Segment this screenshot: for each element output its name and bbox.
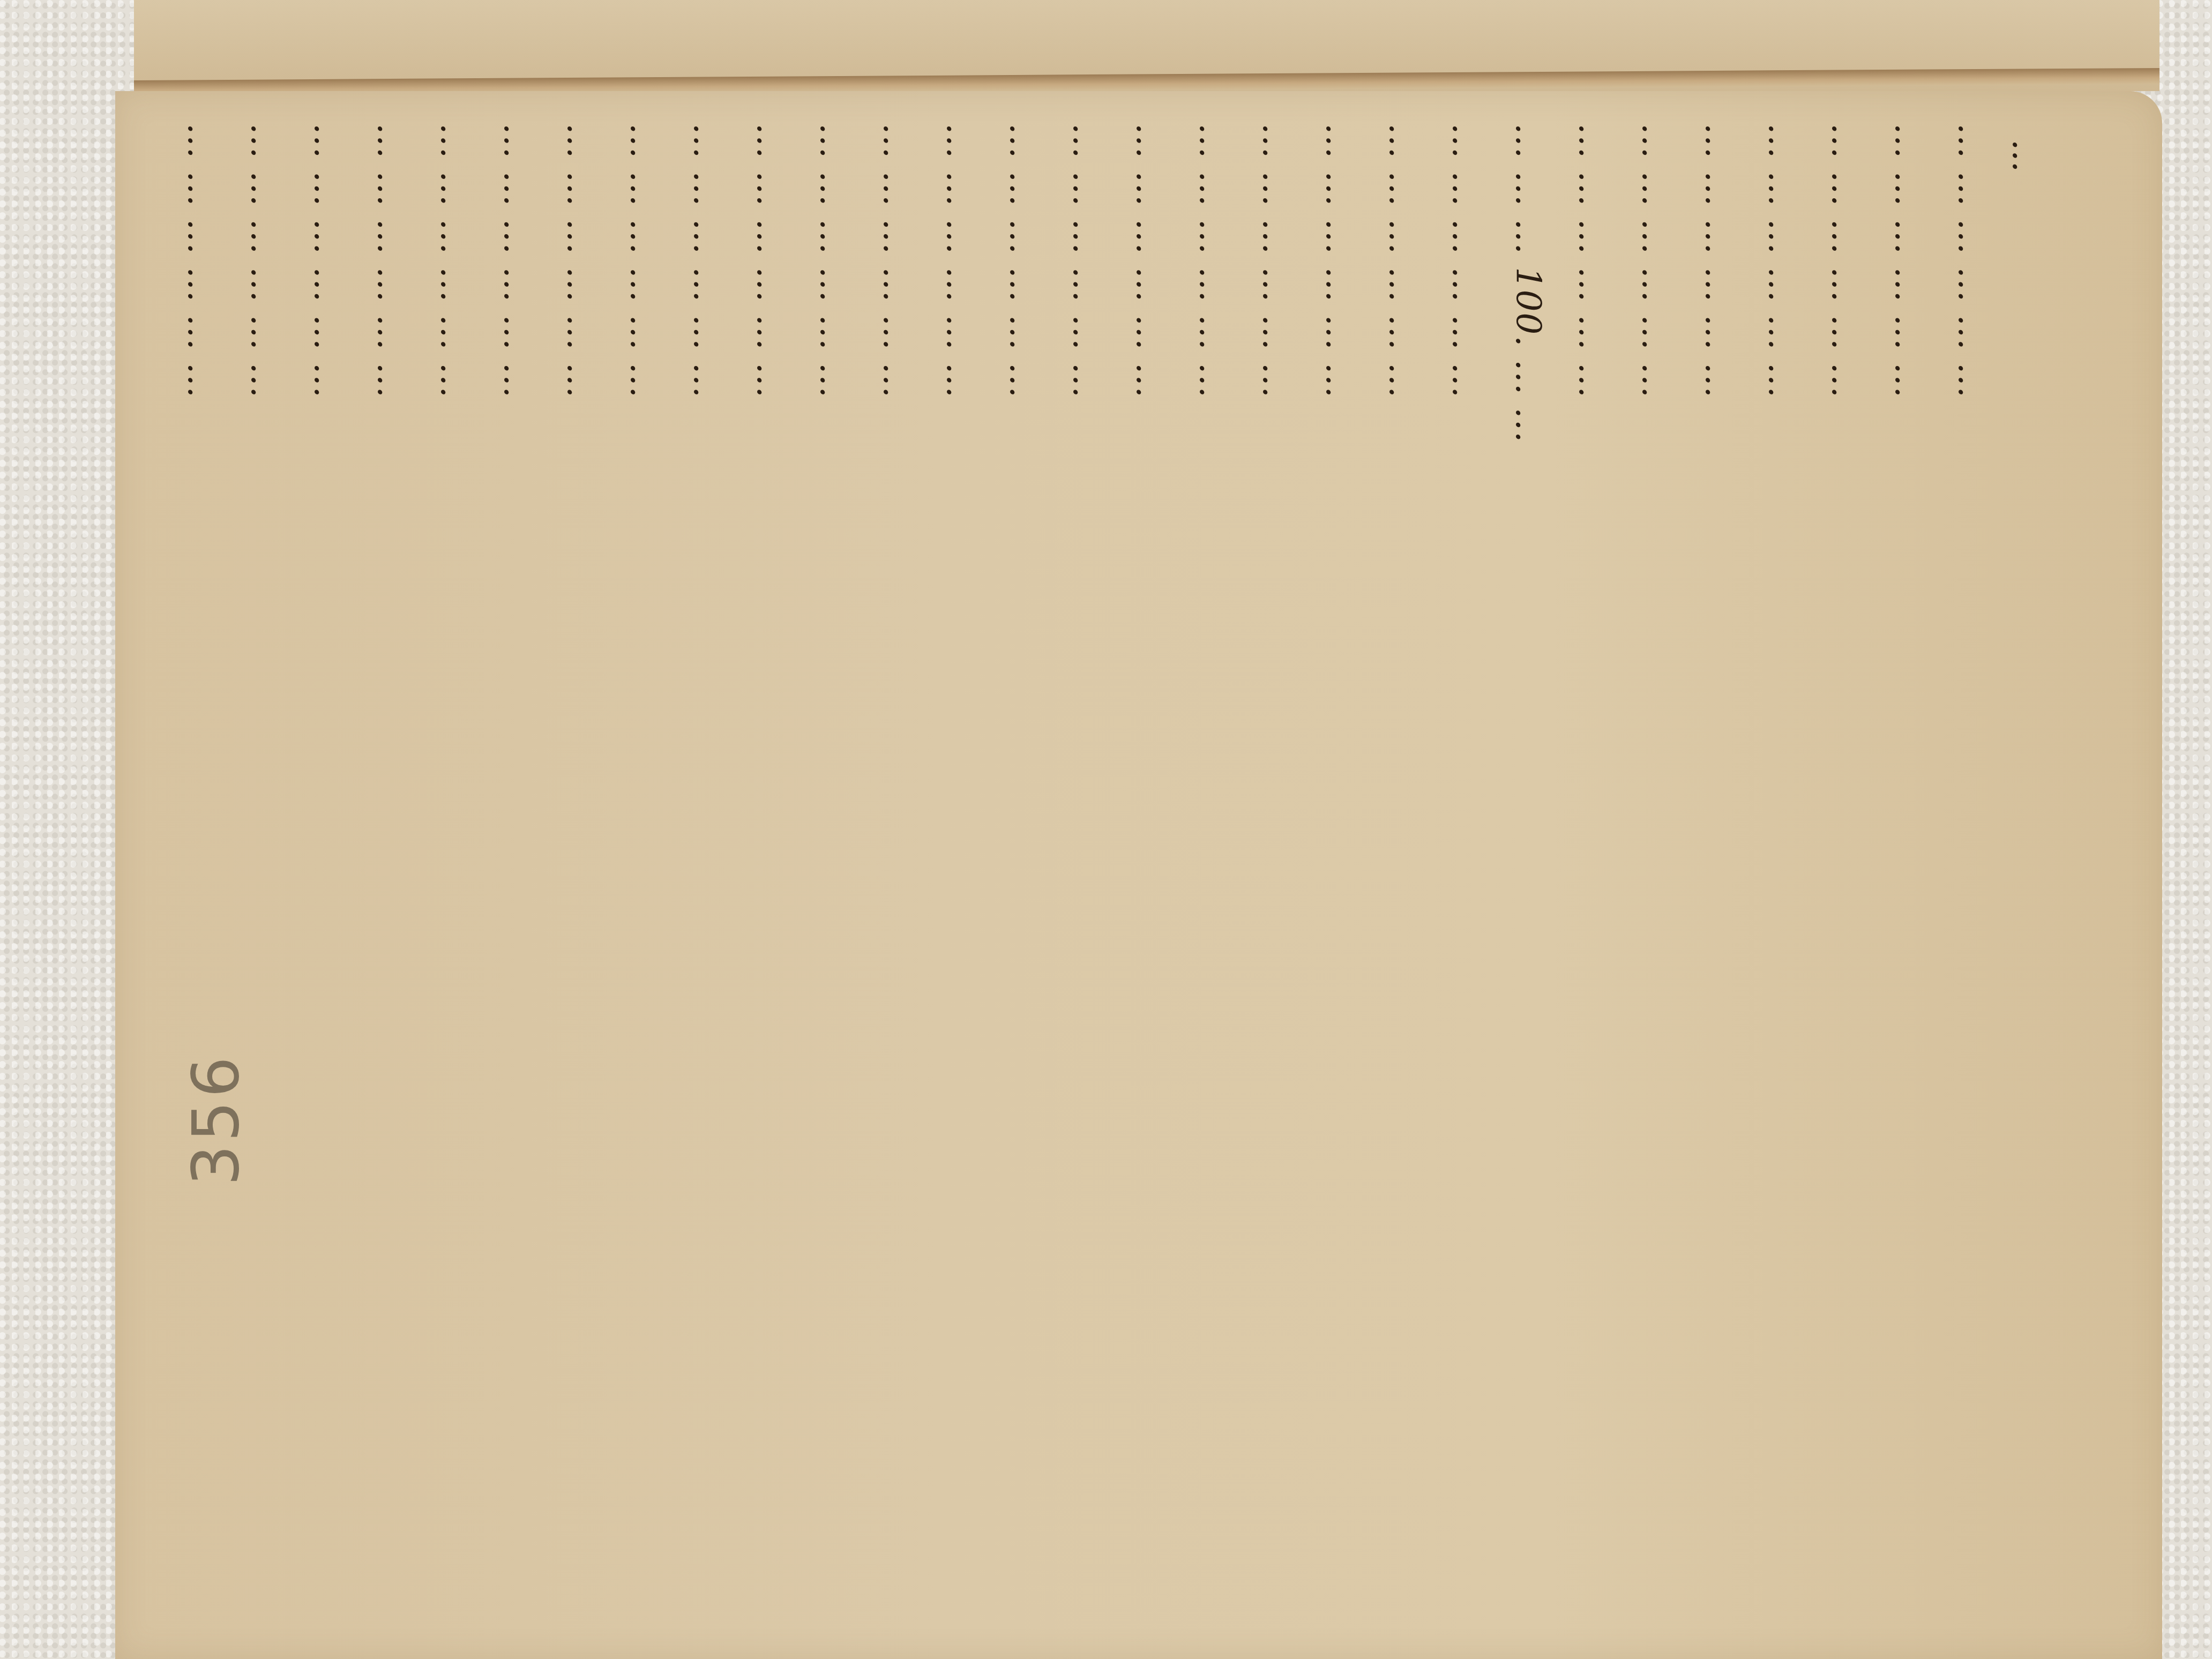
page-number: 356 [179, 1053, 253, 1186]
handwritten-line: ... ... ... ... ... ... [809, 123, 852, 927]
handwritten-line: ... ... ... ... ... ... [683, 123, 726, 927]
handwritten-line: ... ... ... ... ... ... [493, 123, 536, 927]
handwritten-line: ... ... ... ... ... ... [1378, 123, 1421, 927]
handwritten-line: ... ... ... ... ... ... [1315, 123, 1358, 927]
handwritten-line: ... ... ... ... ... ... [1568, 123, 1611, 927]
handwritten-line: ... ... ... ... ... ... [556, 123, 599, 927]
handwritten-text-block: ... ... ... ... ... ...... ... ... ... .… [177, 123, 1999, 927]
handwritten-line: ... ... ... ... ... ... [1252, 123, 1295, 927]
closing-word: ... [2005, 139, 2044, 172]
handwritten-line: ... ... ... ... ... ... [746, 123, 789, 927]
handwritten-line: ... ... ... ... ... ... [430, 123, 473, 927]
handwritten-line: ... ... ... ... ... ... [1947, 123, 1990, 927]
handwritten-line: ... ... ... ... ... ... [1694, 123, 1737, 927]
handwritten-line: ... ... ... ... ... ... [999, 123, 1042, 927]
handwritten-line: ... ... ... ... ... ... [1821, 123, 1864, 927]
handwritten-line: ... ... ... 100. ... ... [1505, 123, 1548, 927]
handwritten-line: ... ... ... ... ... ... [177, 123, 220, 927]
handwritten-line: ... ... ... ... ... ... [1884, 123, 1927, 927]
handwritten-line: ... ... ... ... ... ... [1441, 123, 1484, 927]
handwritten-line: ... ... ... ... ... ... [240, 123, 283, 927]
handwritten-line: ... ... ... ... ... ... [1758, 123, 1800, 927]
handwritten-line: ... ... ... ... ... ... [936, 123, 978, 927]
handwritten-line: ... ... ... ... ... ... [872, 123, 915, 927]
handwritten-line: ... ... ... ... ... ... [1062, 123, 1105, 927]
handwritten-line: ... ... ... ... ... ... [1125, 123, 1168, 927]
handwritten-line: ... ... ... ... ... ... [303, 123, 346, 927]
handwritten-line: ... ... ... ... ... ... [619, 123, 662, 927]
handwritten-line: ... ... ... ... ... ... [367, 123, 409, 927]
handwritten-line: ... ... ... ... ... ... [1631, 123, 1674, 927]
handwritten-line: ... ... ... ... ... ... [1189, 123, 1231, 927]
